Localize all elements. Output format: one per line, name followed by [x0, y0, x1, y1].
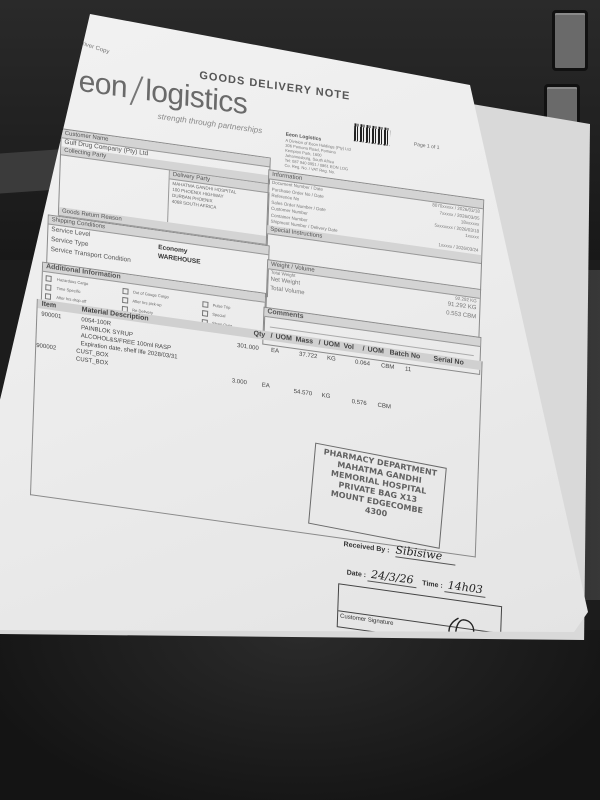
date-value: 24/3/26 — [368, 567, 417, 588]
customer-signature-label: Customer Signature — [340, 614, 394, 627]
checkbox[interactable] — [122, 297, 128, 304]
checkbox[interactable] — [46, 275, 52, 282]
checkbox[interactable] — [202, 310, 208, 317]
page-number: Page 1 of 1 — [414, 142, 440, 152]
time-value: 14h03 — [444, 578, 486, 598]
checkbox[interactable] — [202, 301, 208, 308]
delivery-note: Driver Copy eonlogistics strength throug… — [40, 40, 529, 663]
checkbox[interactable] — [122, 288, 128, 295]
dashboard-switch-1 — [552, 10, 588, 71]
car-seat-surface — [0, 630, 600, 800]
checkbox[interactable] — [45, 293, 51, 300]
checkbox[interactable] — [45, 284, 51, 291]
service-type-value: WAREHOUSE — [158, 253, 201, 266]
logo-left: eon — [78, 65, 128, 105]
